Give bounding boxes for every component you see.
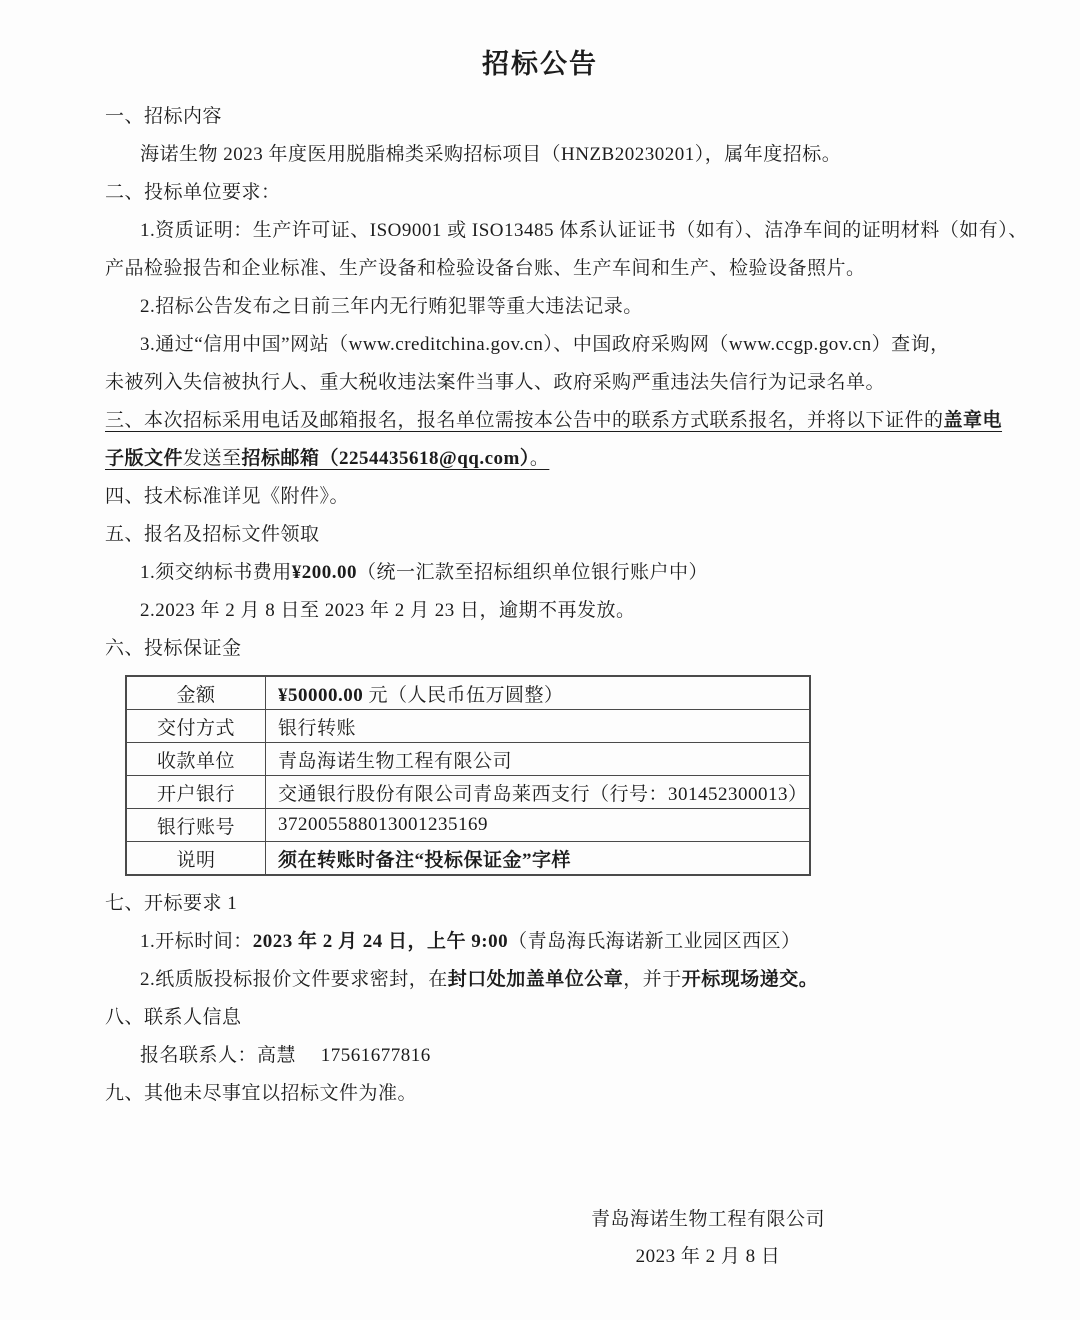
table-row-note: 说明 须在转账时备注“投标保证金”字样 <box>126 842 810 876</box>
section3-line1-bold-text: 盖章电 <box>944 410 1003 431</box>
section2-item1-line1: 1.资质证明：生产许可证、ISO9001 或 ISO13485 体系认证证书（如… <box>105 212 975 250</box>
section3-line2-text2: 。 <box>530 448 550 469</box>
section1-body: 海诺生物 2023 年度医用脱脂棉类采购招标项目（HNZB20230201），属… <box>105 136 975 174</box>
section1-heading: 一、招标内容 <box>105 98 975 136</box>
section5-item1-bold-fee: ¥200.00 <box>292 562 357 583</box>
table-row-account-number: 银行账号 372005588013001235169 <box>126 809 810 842</box>
section5-item1-text2: （统一汇款至招标组织单位银行账户中） <box>357 562 708 583</box>
table-row-payment-method: 交付方式 银行转账 <box>126 710 810 743</box>
table-row-bank: 开户银行 交通银行股份有限公司青岛莱西支行（行号：301452300013） <box>126 776 810 809</box>
section5-heading: 五、报名及招标文件领取 <box>105 516 975 554</box>
row-label-note: 说明 <box>126 842 266 876</box>
section7-item2-bold2-text: 开标现场递交。 <box>682 969 819 990</box>
row-value-amount: ¥50000.00 元（人民币伍万圆整） <box>266 676 810 710</box>
amount-bold-value: ¥50000.00 <box>278 685 363 706</box>
section3-line2-bold1-text: 子版文件 <box>105 448 183 469</box>
section7-item1-bold-datetime: 2023 年 2 月 24 日，上午 9:00 <box>253 931 508 952</box>
signature-block: 青岛海诺生物工程有限公司 2023 年 2 月 8 日 <box>591 1201 825 1275</box>
section2-item3-line2: 未被列入失信被执行人、重大税收违法案件当事人、政府采购严重违法失信行为记录名单。 <box>105 364 975 402</box>
section7-heading: 七、开标要求 1 <box>105 885 975 923</box>
page-title: 招标公告 <box>105 46 975 82</box>
section7-item2: 2.纸质版投标报价文件要求密封，在封口处加盖单位公章，并于开标现场递交。 <box>105 961 975 999</box>
section6-heading: 六、投标保证金 <box>105 630 975 668</box>
table-row-payee: 收款单位 青岛海诺生物工程有限公司 <box>126 743 810 776</box>
table-row-amount: 金额 ¥50000.00 元（人民币伍万圆整） <box>126 676 810 710</box>
section9-heading: 九、其他未尽事宜以招标文件为准。 <box>105 1075 975 1113</box>
section5-item2: 2.2023 年 2 月 8 日至 2023 年 2 月 23 日，逾期不再发放… <box>105 592 975 630</box>
row-value-payee: 青岛海诺生物工程有限公司 <box>266 743 810 776</box>
row-value-payment-method: 银行转账 <box>266 710 810 743</box>
section7-item2-text1: 2.纸质版投标报价文件要求密封，在 <box>140 969 448 990</box>
amount-rest-text: 元（人民币伍万圆整） <box>363 685 563 706</box>
section7-item1: 1.开标时间：2023 年 2 月 24 日，上午 9:00（青岛海氏海诺新工业… <box>105 923 975 961</box>
row-value-note: 须在转账时备注“投标保证金”字样 <box>266 842 810 876</box>
signature-date: 2023 年 2 月 8 日 <box>591 1238 825 1275</box>
section3-line2: 子版文件发送至招标邮箱（2254435618@qq.com）。 <box>105 440 975 478</box>
section5-item1: 1.须交纳标书费用¥200.00（统一汇款至招标组织单位银行账户中） <box>105 554 975 592</box>
document-page: 招标公告 一、招标内容 海诺生物 2023 年度医用脱脂棉类采购招标项目（HNZ… <box>0 0 1080 1320</box>
row-label-payment-method: 交付方式 <box>126 710 266 743</box>
section2-heading: 二、投标单位要求： <box>105 174 975 212</box>
section7-item2-bold1-text: 封口处加盖单位公章 <box>448 969 624 990</box>
section7-item1-text1: 1.开标时间： <box>140 931 253 952</box>
bid-bond-table: 金额 ¥50000.00 元（人民币伍万圆整） 交付方式 银行转账 收款单位 青… <box>125 675 811 876</box>
row-label-payee: 收款单位 <box>126 743 266 776</box>
row-label-bank: 开户银行 <box>126 776 266 809</box>
section3-line2-bold2-text: 招标邮箱（2254435618@qq.com） <box>242 448 530 469</box>
section2-item1-line2: 产品检验报告和企业标准、生产设备和检验设备台账、生产车间和生产、检验设备照片。 <box>105 250 975 288</box>
section4-heading: 四、技术标准详见《附件》。 <box>105 478 975 516</box>
section7-item2-text2: ，并于 <box>623 969 682 990</box>
note-bold-value: 须在转账时备注“投标保证金”字样 <box>278 850 571 871</box>
signature-company: 青岛海诺生物工程有限公司 <box>591 1201 825 1238</box>
section8-contact-line: 报名联系人：高慧 17561677816 <box>105 1037 975 1075</box>
row-value-bank: 交通银行股份有限公司青岛莱西支行（行号：301452300013） <box>266 776 810 809</box>
section7-item1-text2: （青岛海氏海诺新工业园区西区） <box>508 931 801 952</box>
section3-line2-text1: 发送至 <box>183 448 242 469</box>
section2-item3-line1: 3.通过“信用中国”网站（www.creditchina.gov.cn）、中国政… <box>105 326 975 364</box>
section5-item1-text1: 1.须交纳标书费用 <box>140 562 292 583</box>
section3-line1: 三、本次招标采用电话及邮箱报名，报名单位需按本公告中的联系方式联系报名，并将以下… <box>105 402 975 440</box>
section8-heading: 八、联系人信息 <box>105 999 975 1037</box>
section3-line1-text: 三、本次招标采用电话及邮箱报名，报名单位需按本公告中的联系方式联系报名，并将以下… <box>105 410 944 431</box>
section2-item2: 2.招标公告发布之日前三年内无行贿犯罪等重大违法记录。 <box>105 288 975 326</box>
row-label-amount: 金额 <box>126 676 266 710</box>
row-value-account-number: 372005588013001235169 <box>266 809 810 842</box>
row-label-account-number: 银行账号 <box>126 809 266 842</box>
